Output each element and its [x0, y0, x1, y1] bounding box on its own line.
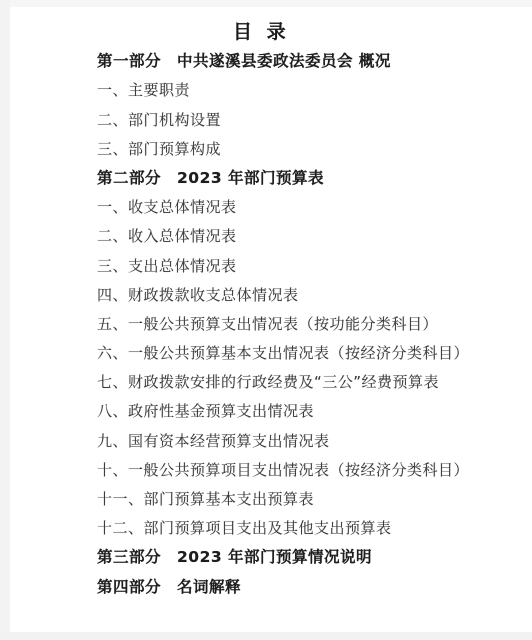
toc-entry: 四、财政拨款收支总体情况表 [0, 281, 532, 310]
toc-part-heading: 第三部分 2023 年部门预算情况说明 [0, 543, 532, 572]
toc-entry: 十二、部门预算项目支出及其他支出预算表 [0, 514, 532, 543]
toc-entry: 八、政府性基金预算支出情况表 [0, 397, 532, 426]
toc-entry: 一、收支总体情况表 [0, 193, 532, 222]
toc-part-heading: 第四部分 名词解释 [0, 573, 532, 602]
toc-entry: 十一、部门预算基本支出预算表 [0, 485, 532, 514]
scan-edge-top [0, 0, 532, 7]
toc-entry: 二、收入总体情况表 [0, 222, 532, 251]
toc-entry: 三、支出总体情况表 [0, 252, 532, 281]
toc-entry: 七、财政拨款安排的行政经费及“三公”经费预算表 [0, 368, 532, 397]
toc-entry: 十、一般公共预算项目支出情况表（按经济分类科目） [0, 456, 532, 485]
toc-entry: 二、部门机构设置 [0, 106, 532, 135]
toc-part-heading: 第一部分 中共遂溪县委政法委员会 概况 [0, 47, 532, 76]
toc-entry: 六、一般公共预算基本支出情况表（按经济分类科目） [0, 339, 532, 368]
document-page: 目 录 第一部分 中共遂溪县委政法委员会 概况 一、主要职责 二、部门机构设置 … [0, 0, 532, 640]
toc-entry: 五、一般公共预算支出情况表（按功能分类科目） [0, 310, 532, 339]
toc-entry: 九、国有资本经营预算支出情况表 [0, 427, 532, 456]
toc-entry: 三、部门预算构成 [0, 135, 532, 164]
toc-part-heading: 第二部分 2023 年部门预算表 [0, 164, 532, 193]
toc-title: 目 录 [0, 18, 532, 47]
toc-entry: 一、主要职责 [0, 76, 532, 105]
table-of-contents: 目 录 第一部分 中共遂溪县委政法委员会 概况 一、主要职责 二、部门机构设置 … [0, 18, 532, 602]
scan-edge-bottom [0, 632, 532, 640]
